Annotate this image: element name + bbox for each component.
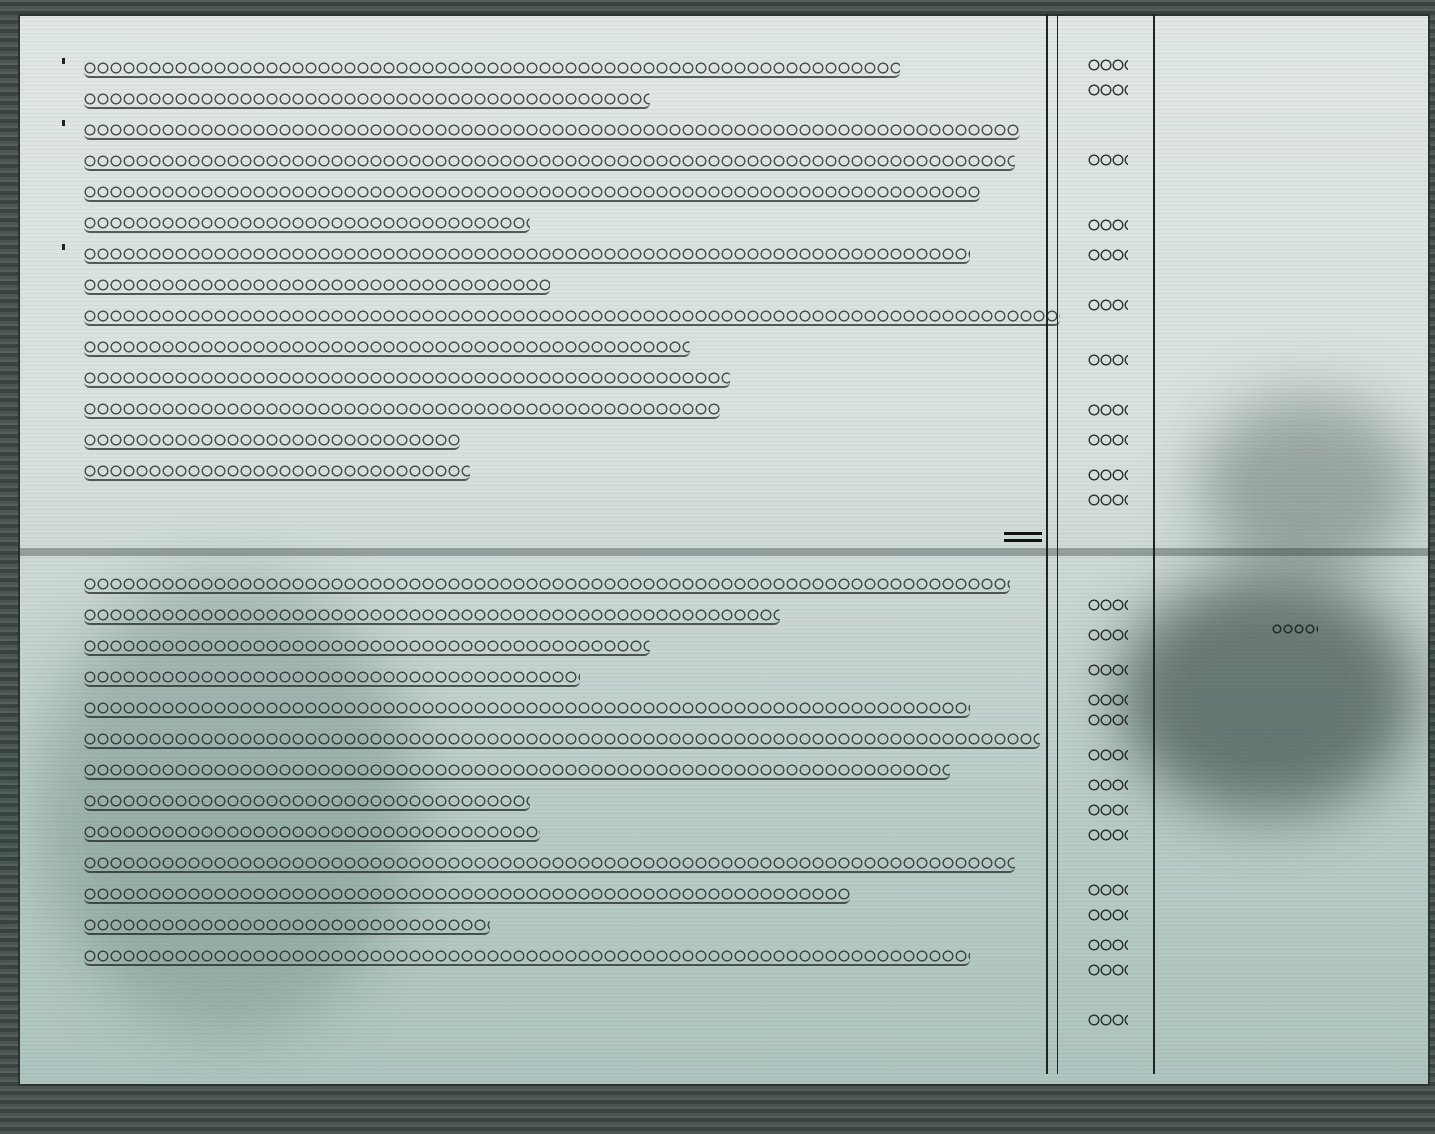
line-marker [62,58,65,64]
handwritten-script [84,638,650,656]
handwritten-script [84,308,1060,326]
handwritten-script [84,793,530,811]
handwritten-script [84,700,970,718]
handwritten-script [84,246,970,264]
handwritten-script [84,576,1010,594]
handwritten-script [84,184,980,202]
margin-numeral [1088,465,1128,487]
margin-numeral [1088,905,1128,927]
margin-numeral [1088,55,1128,77]
margin-numeral [1088,935,1128,957]
handwritten-script [84,731,1040,749]
margin-numeral [1088,215,1128,237]
column-rule-left-2 [1057,14,1058,1074]
handwritten-script [84,60,900,78]
column-rule-left-1 [1046,14,1048,1074]
margin-numeral [1088,430,1128,452]
handwritten-script [84,339,690,357]
page-fold [18,548,1430,556]
stain [1198,394,1418,574]
handwritten-script [84,370,730,388]
margin-numeral [1088,745,1128,767]
section-separator-mark [1004,528,1042,550]
margin-numeral [1088,295,1128,317]
line-marker [62,244,65,250]
margin-numeral [1088,800,1128,822]
handwritten-script [84,948,970,966]
handwritten-script [84,824,540,842]
handwritten-script [84,917,490,935]
stain [1118,574,1418,814]
handwritten-script [84,669,580,687]
handwritten-script [84,432,460,450]
handwritten-script [84,607,780,625]
handwritten-script [84,855,1015,873]
handwritten-script [84,277,550,295]
margin-number-column [1088,0,1158,1134]
margin-numeral [1088,245,1128,267]
handwritten-script [84,401,720,419]
margin-numeral [1088,710,1128,732]
margin-numeral [1088,1010,1128,1032]
margin-numeral [1088,80,1128,102]
handwritten-script [84,886,850,904]
margin-numeral [1088,400,1128,422]
handwritten-script [84,463,470,481]
line-marker [62,120,65,126]
margin-numeral [1088,960,1128,982]
handwritten-script [84,153,1015,171]
handwritten-script [84,215,530,233]
margin-numeral [1088,825,1128,847]
margin-numeral [1088,880,1128,902]
margin-numeral [1088,625,1128,647]
handwritten-script [84,122,1020,140]
margin-numeral [1088,150,1128,172]
margin-numeral [1088,690,1128,712]
margin-numeral [1088,490,1128,512]
side-annotation [1272,620,1318,638]
margin-numeral [1088,350,1128,372]
handwritten-script [84,762,950,780]
margin-numeral [1088,775,1128,797]
handwritten-script [84,91,650,109]
margin-numeral [1088,595,1128,617]
margin-numeral [1088,660,1128,682]
